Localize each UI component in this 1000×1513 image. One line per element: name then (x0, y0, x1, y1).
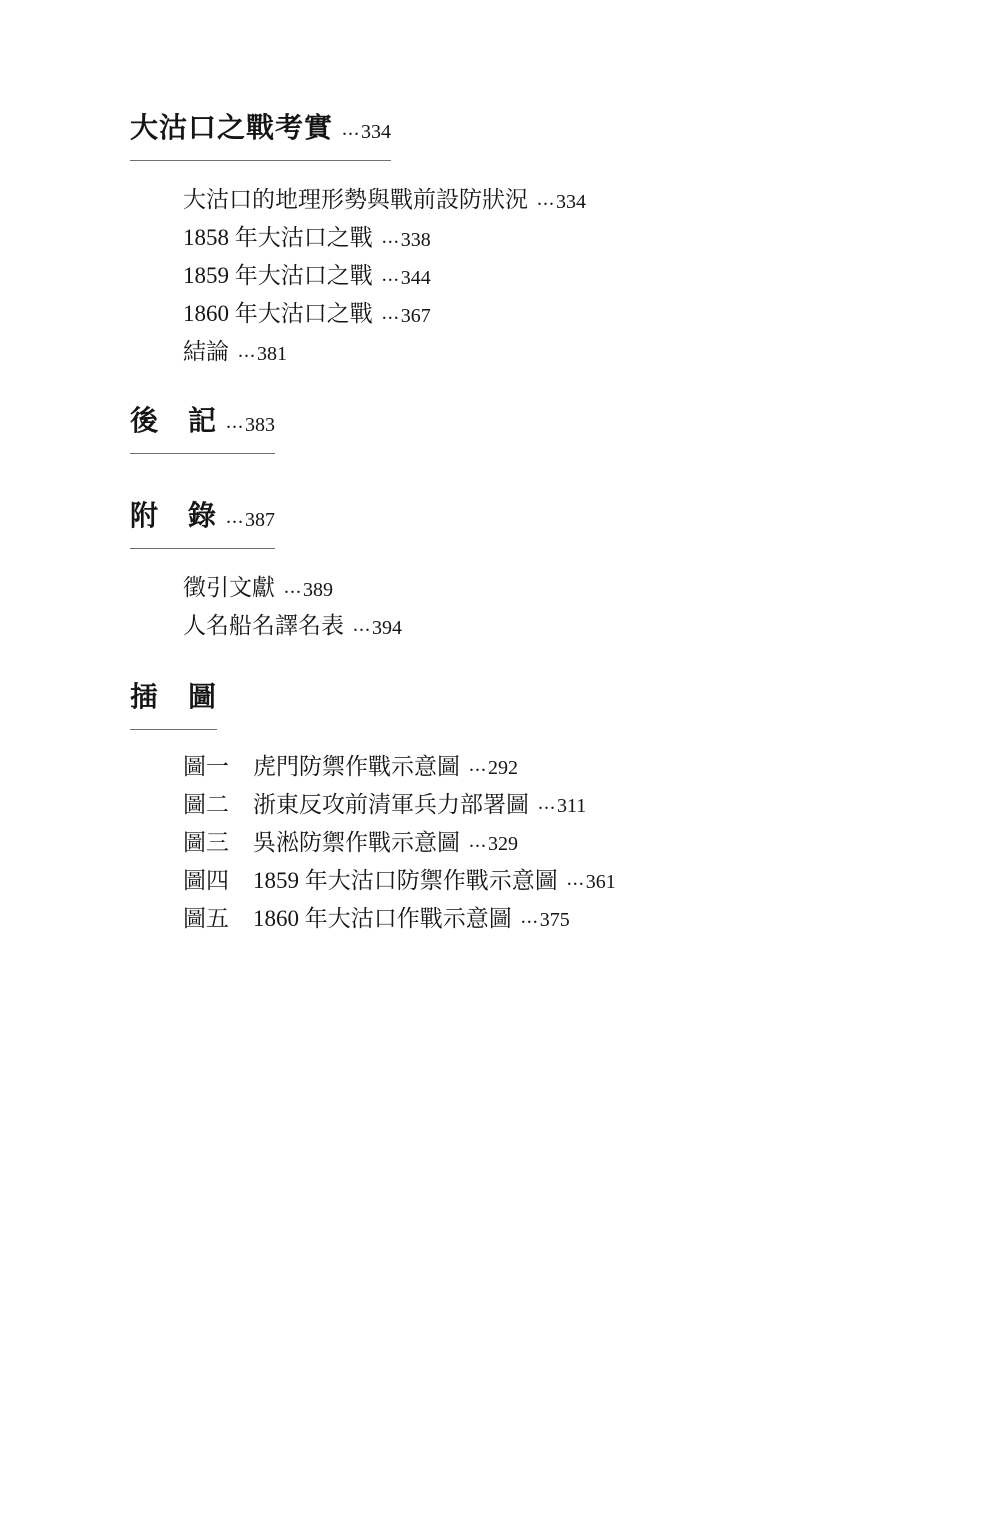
figure-title: 浙東反攻前清軍兵力部署圖 (253, 786, 529, 824)
page-ref: ...367 (382, 304, 431, 326)
page-ref: ...389 (284, 578, 333, 600)
page-number: 375 (540, 909, 570, 931)
figure-label: 圖四 (183, 862, 253, 900)
figure-title: 1859 年大沽口防禦作戰示意圖 (253, 862, 558, 900)
figure-title: 1860 年大沽口作戰示意圖 (253, 900, 512, 938)
figure-list: 圖一虎門防禦作戰示意圖...292 圖二浙東反攻前清軍兵力部署圖...311 圖… (183, 748, 870, 938)
page-ref: ...381 (238, 342, 287, 364)
leader-dots: ... (382, 264, 400, 286)
chapter-heading: 插 圖 (130, 681, 217, 730)
toc-entry: 徵引文獻...389 (183, 569, 870, 607)
page-number: 389 (303, 579, 333, 601)
page-ref: ...344 (382, 266, 431, 288)
page-number: 394 (372, 617, 402, 639)
chapter-heading: 附 錄...387 (130, 500, 275, 549)
page-number: 344 (401, 267, 431, 289)
leader-dots: ... (382, 302, 400, 324)
leader-dots: ... (469, 754, 487, 776)
page-ref: ...394 (353, 616, 402, 638)
figure-entry: 圖二浙東反攻前清軍兵力部署圖...311 (183, 786, 870, 824)
page-number: 338 (401, 229, 431, 251)
leader-dots: ... (353, 614, 371, 636)
toc-entry: 1859 年大沽口之戰...344 (183, 257, 870, 295)
toc-entry: 1860 年大沽口之戰...367 (183, 295, 870, 333)
toc-entry: 結論...381 (183, 333, 870, 371)
toc-entry: 1858 年大沽口之戰...338 (183, 219, 870, 257)
chapter-item-list: 徵引文獻...389 人名船名譯名表...394 (183, 569, 870, 645)
page-number: 367 (401, 305, 431, 327)
chapter-item-list: 大沽口的地理形勢與戰前設防狀況...334 1858 年大沽口之戰...338 … (183, 181, 870, 371)
toc-entry: 人名船名譯名表...394 (183, 607, 870, 645)
page-number: 334 (556, 191, 586, 213)
figure-title: 吳淞防禦作戰示意圖 (253, 824, 460, 862)
figure-label: 圖五 (183, 900, 253, 938)
figure-entry: 圖四1859 年大沽口防禦作戰示意圖...361 (183, 862, 870, 900)
page-number: 311 (557, 795, 586, 817)
entry-title: 1858 年大沽口之戰 (183, 225, 373, 250)
page-ref: ...361 (567, 862, 616, 900)
figure-label: 圖二 (183, 786, 253, 824)
section-figures: 插 圖 圖一虎門防禦作戰示意圖...292 圖二浙東反攻前清軍兵力部署圖...3… (130, 681, 870, 938)
leader-dots: ... (226, 506, 244, 528)
entry-title: 1859 年大沽口之戰 (183, 263, 373, 288)
leader-dots: ... (538, 792, 556, 814)
figure-entry: 圖五1860 年大沽口作戰示意圖...375 (183, 900, 870, 938)
page-number: 329 (488, 833, 518, 855)
figure-entry: 圖一虎門防禦作戰示意圖...292 (183, 748, 870, 786)
leader-dots: ... (342, 118, 360, 140)
page-number: 292 (488, 757, 518, 779)
page-number: 334 (361, 121, 391, 143)
page-ref: ...292 (469, 748, 518, 786)
entry-title: 結論 (183, 339, 229, 364)
page-ref: ...329 (469, 824, 518, 862)
leader-dots: ... (469, 830, 487, 852)
chapter-heading-text: 大沽口之戰考實 (130, 113, 333, 144)
chapter-heading-text: 後 記 (130, 406, 217, 437)
chapter-heading: 大沽口之戰考實...334 (130, 112, 391, 161)
figure-label: 圖三 (183, 824, 253, 862)
chapter-heading: 後 記...383 (130, 405, 275, 454)
entry-title: 徵引文獻 (183, 575, 275, 600)
toc-entry: 大沽口的地理形勢與戰前設防狀況...334 (183, 181, 870, 219)
page-number: 381 (257, 343, 287, 365)
toc-page: 大沽口之戰考實...334 大沽口的地理形勢與戰前設防狀況...334 1858… (0, 0, 1000, 1513)
figure-title: 虎門防禦作戰示意圖 (253, 748, 460, 786)
page-ref: ...334 (537, 190, 586, 212)
page-ref: ...311 (538, 786, 586, 824)
leader-dots: ... (238, 340, 256, 362)
leader-dots: ... (382, 226, 400, 248)
section-appendix: 附 錄...387 徵引文獻...389 人名船名譯名表...394 (130, 500, 870, 645)
entry-title: 1860 年大沽口之戰 (183, 301, 373, 326)
page-ref: ...383 (226, 413, 275, 435)
page-number: 361 (586, 871, 616, 893)
chapter-heading-text: 插 圖 (130, 682, 217, 713)
page-ref: ...375 (521, 900, 570, 938)
page-ref: ...387 (226, 508, 275, 530)
page-ref: ...338 (382, 228, 431, 250)
section-daku-battle: 大沽口之戰考實...334 大沽口的地理形勢與戰前設防狀況...334 1858… (130, 112, 870, 371)
figure-label: 圖一 (183, 748, 253, 786)
figure-entry: 圖三吳淞防禦作戰示意圖...329 (183, 824, 870, 862)
page-number: 383 (245, 414, 275, 436)
leader-dots: ... (537, 188, 555, 210)
section-postscript: 後 記...383 (130, 405, 870, 454)
leader-dots: ... (284, 576, 302, 598)
entry-title: 大沽口的地理形勢與戰前設防狀況 (183, 187, 528, 212)
leader-dots: ... (521, 906, 539, 928)
entry-title: 人名船名譯名表 (183, 613, 344, 638)
page-ref: ...334 (342, 120, 391, 142)
chapter-heading-text: 附 錄 (130, 501, 217, 532)
leader-dots: ... (567, 868, 585, 890)
leader-dots: ... (226, 411, 244, 433)
page-number: 387 (245, 509, 275, 531)
toc-content: 大沽口之戰考實...334 大沽口的地理形勢與戰前設防狀況...334 1858… (130, 112, 870, 938)
